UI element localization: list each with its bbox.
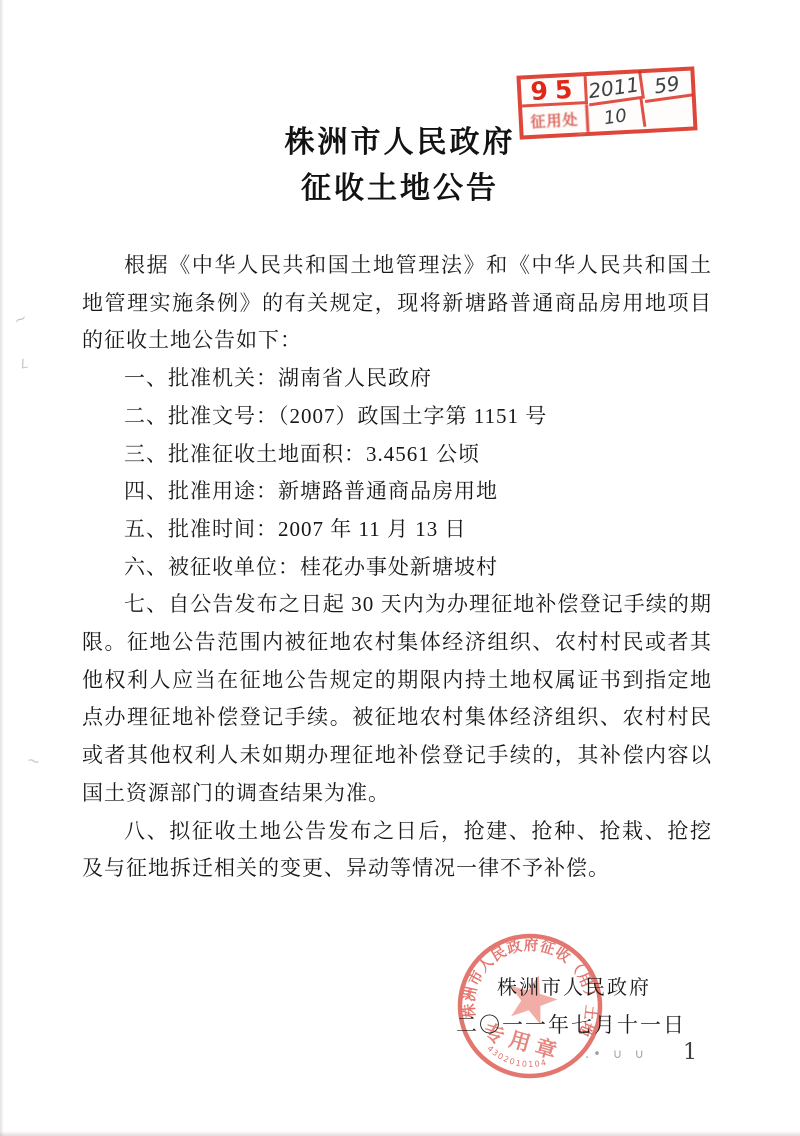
official-seal: 株洲市人民政府征收（用）土地 专用章 4302010104788 <box>455 929 605 1083</box>
paragraph-item-6: 六、被征收单位：桂花办事处新塘坡村 <box>82 549 712 587</box>
document-body: 根据《中华人民共和国土地管理法》和《中华人民共和国土地管理实施条例》的有关规定，… <box>82 247 712 888</box>
pencil-mark-2: L <box>20 357 29 373</box>
scan-smudge-dots: .• ∪ ∪ <box>585 1047 648 1062</box>
title-line-subject: 征收土地公告 <box>0 166 800 212</box>
paragraph-item-8: 八、拟征收土地公告发布之日后，抢建、抢种、抢栽、抢挖及与征地拆迁相关的变更、异动… <box>82 813 712 888</box>
signature-organization: 株洲市人民政府 <box>497 971 651 1000</box>
scanned-document-page: 95 2011 59 征用处 10 株洲市人民政府 征收土地公告 根据《中华人民… <box>0 0 800 1136</box>
stamp-serial-number: 95 <box>521 76 589 107</box>
page-number: 1 <box>683 1040 697 1065</box>
paragraph-item-1: 一、批准机关：湖南省人民政府 <box>82 360 712 398</box>
document-title: 株洲市人民政府 征收土地公告 <box>0 120 800 212</box>
paragraph-intro: 根据《中华人民共和国土地管理法》和《中华人民共和国土地管理实施条例》的有关规定，… <box>82 247 712 360</box>
title-line-issuer: 株洲市人民政府 <box>0 120 800 166</box>
pencil-mark-3: ~ <box>25 750 43 772</box>
paragraph-item-3: 三、批准征收土地面积：3.4561 公顷 <box>82 436 712 474</box>
paragraph-item-5: 五、批准时间：2007 年 11 月 13 日 <box>82 511 712 549</box>
paragraph-item-2: 二、批准文号：（2007）政国土字第 1151 号 <box>82 398 712 436</box>
pencil-mark-4: ~ <box>575 125 589 143</box>
scan-edge-bottom <box>0 1131 800 1136</box>
signature-date: 二〇一一年七月十一日 <box>456 1009 686 1039</box>
paragraph-item-4: 四、批准用途：新塘路普通商品房用地 <box>82 473 712 511</box>
pencil-mark-1: ~ <box>11 308 30 330</box>
paragraph-item-7: 七、自公告发布之日起 30 天内为办理征地补偿登记手续的期限。征地公告范围内被征… <box>82 586 712 812</box>
stamp-doc-number-handwritten: 59 <box>642 69 693 103</box>
